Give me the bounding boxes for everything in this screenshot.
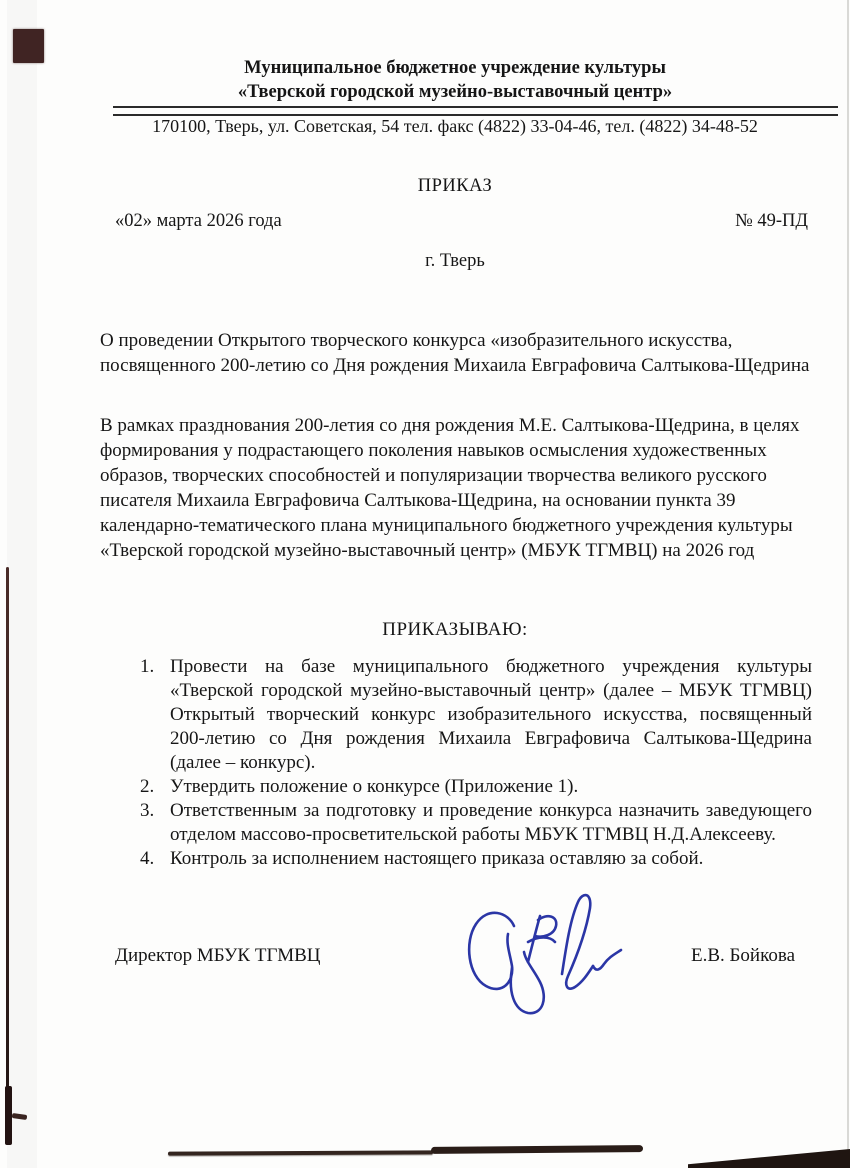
signature-block: Директор МБУК ТГМВЦ Е.В. Бойкова (115, 945, 795, 967)
document-subject: О проведении Открытого творческого конку… (100, 328, 812, 378)
scan-artifact-left-line (6, 567, 9, 1090)
signer-position: Директор МБУК ТГМВЦ (115, 945, 320, 967)
order-item-text: Контроль за исполнением настоящего прика… (170, 848, 703, 869)
order-item-number: 4. (140, 847, 166, 871)
order-item-text: Провести на базе муниципального бюджетно… (170, 656, 812, 773)
scan-artifact-bottom-streak (431, 1145, 643, 1154)
scan-artifact-bottom-streak (168, 1150, 433, 1155)
order-item-number: 2. (140, 775, 166, 799)
order-item-number: 1. (140, 655, 166, 679)
scan-artifact-bottom-wedge (688, 1149, 850, 1168)
order-heading: ПРИКАЗЫВАЮ: (75, 619, 835, 641)
scanned-document-page: Муниципальное бюджетное учреждение культ… (0, 0, 850, 1168)
document-preamble: В рамках празднования 200-летия со дня р… (100, 413, 816, 563)
document-city: г. Тверь (75, 251, 835, 272)
scan-edge-line (847, 0, 849, 1168)
document-number: № 49-ПД (735, 211, 808, 232)
handwritten-signature-ink (462, 882, 637, 1022)
org-name-line1: Муниципальное бюджетное учреждение культ… (75, 56, 835, 80)
order-items-list: 1. Провести на базе муниципального бюдже… (140, 655, 812, 871)
scan-shadow-band (7, 0, 37, 1168)
order-item-3: 3. Ответственным за подготовку и проведе… (140, 799, 812, 847)
document-type-title: ПРИКАЗ (75, 176, 835, 197)
order-item-2: 2. Утвердить положение о конкурсе (Прило… (140, 775, 812, 799)
org-name-line2: «Тверской городской музейно-выставочный … (75, 80, 835, 104)
requisites-row: «02» марта 2026 года № 49-ПД (115, 211, 808, 232)
order-item-4: 4. Контроль за исполнением настоящего пр… (140, 847, 812, 871)
order-item-1: 1. Провести на базе муниципального бюдже… (140, 655, 812, 775)
org-address: 170100, Тверь, ул. Советская, 54 тел. фа… (75, 114, 835, 138)
signer-name: Е.В. Бойкова (691, 945, 795, 967)
order-item-number: 3. (140, 799, 166, 823)
document-date: «02» марта 2026 года (115, 211, 282, 232)
letterhead: Муниципальное бюджетное учреждение культ… (75, 56, 835, 104)
order-item-text: Ответственным за подготовку и проведение… (170, 800, 812, 845)
scan-artifact-corner-square (13, 29, 44, 63)
order-item-text: Утвердить положение о конкурсе (Приложен… (170, 776, 578, 797)
